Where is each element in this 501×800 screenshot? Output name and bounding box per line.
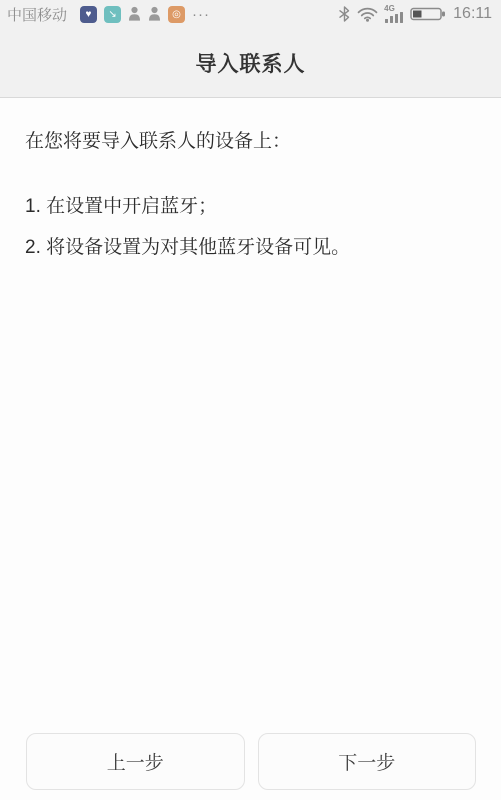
- instructions-intro: 在您将要导入联系人的设备上：: [25, 131, 476, 153]
- clock-label: 16:11: [453, 5, 492, 23]
- instructions-area: 在您将要导入联系人的设备上： 1. 在设置中开启蓝牙； 2. 将设备设置为对其他…: [0, 98, 501, 259]
- status-bar: 中国移动 ♥ ↘ ◎ ···: [0, 0, 501, 28]
- previous-step-button[interactable]: 上一步: [26, 733, 245, 790]
- instruction-step-1: 1. 在设置中开启蓝牙；: [25, 196, 476, 218]
- status-bar-left: 中国移动 ♥ ↘ ◎ ···: [7, 4, 210, 25]
- title-bar: 导入联系人: [0, 28, 501, 97]
- contact-person-icon: [148, 6, 161, 22]
- bluetooth-icon: [339, 6, 350, 22]
- record-app-icon: ◎: [168, 6, 185, 23]
- health-app-icon: ♥: [80, 6, 97, 23]
- battery-fill: [413, 11, 422, 18]
- contact-person-icon: [128, 6, 141, 22]
- next-step-button[interactable]: 下一步: [258, 733, 477, 790]
- import-contacts-screen: 中国移动 ♥ ↘ ◎ ···: [0, 0, 501, 800]
- battery-icon: [410, 6, 446, 22]
- footer-button-bar: 上一步 下一步: [26, 733, 476, 790]
- wifi-icon: [357, 6, 378, 22]
- instruction-step-2: 2. 将设备设置为对其他蓝牙设备可见。: [25, 237, 476, 259]
- page-title: 导入联系人: [196, 48, 306, 78]
- status-bar-right: 4G 16:11: [339, 5, 492, 23]
- notification-overflow-icon: ···: [192, 6, 210, 23]
- network-type-label: 4G: [384, 4, 395, 13]
- share-app-icon: ↘: [104, 6, 121, 23]
- signal-strength-icon: 4G: [385, 6, 403, 23]
- carrier-label: 中国移动: [7, 4, 67, 25]
- top-bar: 中国移动 ♥ ↘ ◎ ···: [0, 0, 501, 98]
